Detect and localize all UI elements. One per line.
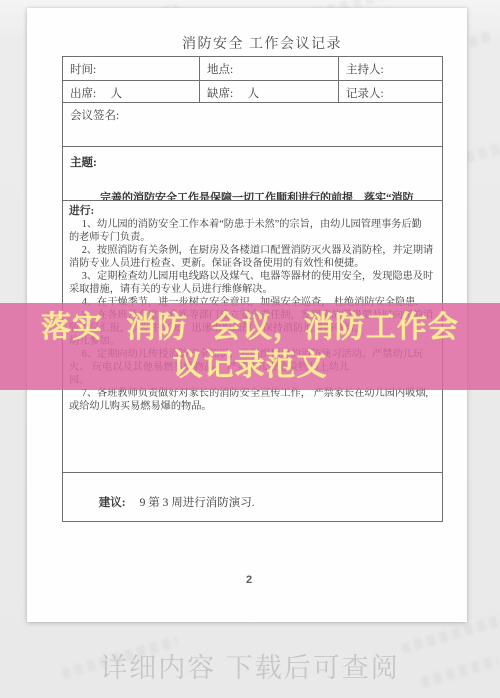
table-row: 时间: 地点: 主持人: <box>63 57 442 81</box>
doc-text-line: 或给幼儿购买易燃易爆的物品。 <box>69 400 439 413</box>
doc-text-line: 1、幼儿园的消防安全工作本着“防患于未然”的宗旨，由幼儿园管理事务后勤 <box>69 218 439 231</box>
doc-text-line: 完善的消防安全工作是保障一切工作顺利进行的前提，落实“消防 <box>100 190 442 200</box>
signature-field-label: 会议签名: <box>63 103 442 146</box>
doc-text-line: 消防专业人员进行检查、更新。保证各设备使用的有效性和便捷。 <box>69 257 439 270</box>
watermark-banner: 落实 消防 会议，消防工作会 议记录范文 <box>0 303 500 390</box>
table-row: 主题: 完善的消防安全工作是保障一切工作顺利进行的前提，落实“消防安全人人有责” <box>63 147 442 201</box>
suggestion-label: 建议: <box>99 497 126 509</box>
attendance-field-label: 出席: 人 <box>63 81 200 102</box>
document-preview-screen: 消防安全 工作会议记录 时间: 地点: 主持人: 出席: 人 缺席: 人 记录人… <box>0 0 500 698</box>
recorder-field-label: 记录人: <box>339 81 442 102</box>
meeting-record-table: 时间: 地点: 主持人: 出席: 人 缺席: 人 记录人: 会议签名: 主题: … <box>62 56 443 522</box>
place-field-label: 地点: <box>200 57 339 80</box>
theme-label: 主题: <box>70 154 97 170</box>
table-row: 建议:9 第 3 周进行消防演习. <box>63 473 442 521</box>
table-row: 出席: 人 缺席: 人 记录人: <box>63 81 442 103</box>
download-notice-text: 详细内容 下载后可查阅 <box>0 646 500 685</box>
absence-field-label: 缺席: 人 <box>200 81 339 102</box>
suggestion-cell: 建议:9 第 3 周进行消防演习. <box>63 473 442 521</box>
theme-cell: 主题: 完善的消防安全工作是保障一切工作顺利进行的前提，落实“消防安全人人有责” <box>63 147 442 200</box>
watermark-banner-line2: 议记录范文 <box>173 347 328 385</box>
page-number: 2 <box>27 574 467 586</box>
host-field-label: 主持人: <box>339 57 442 80</box>
doc-text-line: 2、按照消防有关条例，在厨房及各楼道口配置消防灭火器及消防栓，并定期请 <box>69 244 439 257</box>
theme-text: 完善的消防安全工作是保障一切工作顺利进行的前提，落实“消防安全人人有责” <box>100 183 442 200</box>
doc-text-line: 3、定期检查幼儿园用电线路以及煤气、电器等器材的使用安全，发现隐患及时 <box>69 270 439 283</box>
watermark-banner-line1: 落实 消防 会议，消防工作会 <box>41 309 459 347</box>
table-row: 会议签名: <box>63 103 442 147</box>
document-title: 消防安全 工作会议记录 <box>27 33 467 53</box>
suggestion-text: 9 第 3 周进行消防演习. <box>140 497 255 509</box>
doc-text-line: 采取措施，请有关的专业人员进行维修解决。 <box>69 283 439 296</box>
proceedings-label: 进行: <box>69 205 439 218</box>
time-field-label: 时间: <box>63 57 200 80</box>
doc-text-line: 的老师专门负责。 <box>69 231 439 244</box>
